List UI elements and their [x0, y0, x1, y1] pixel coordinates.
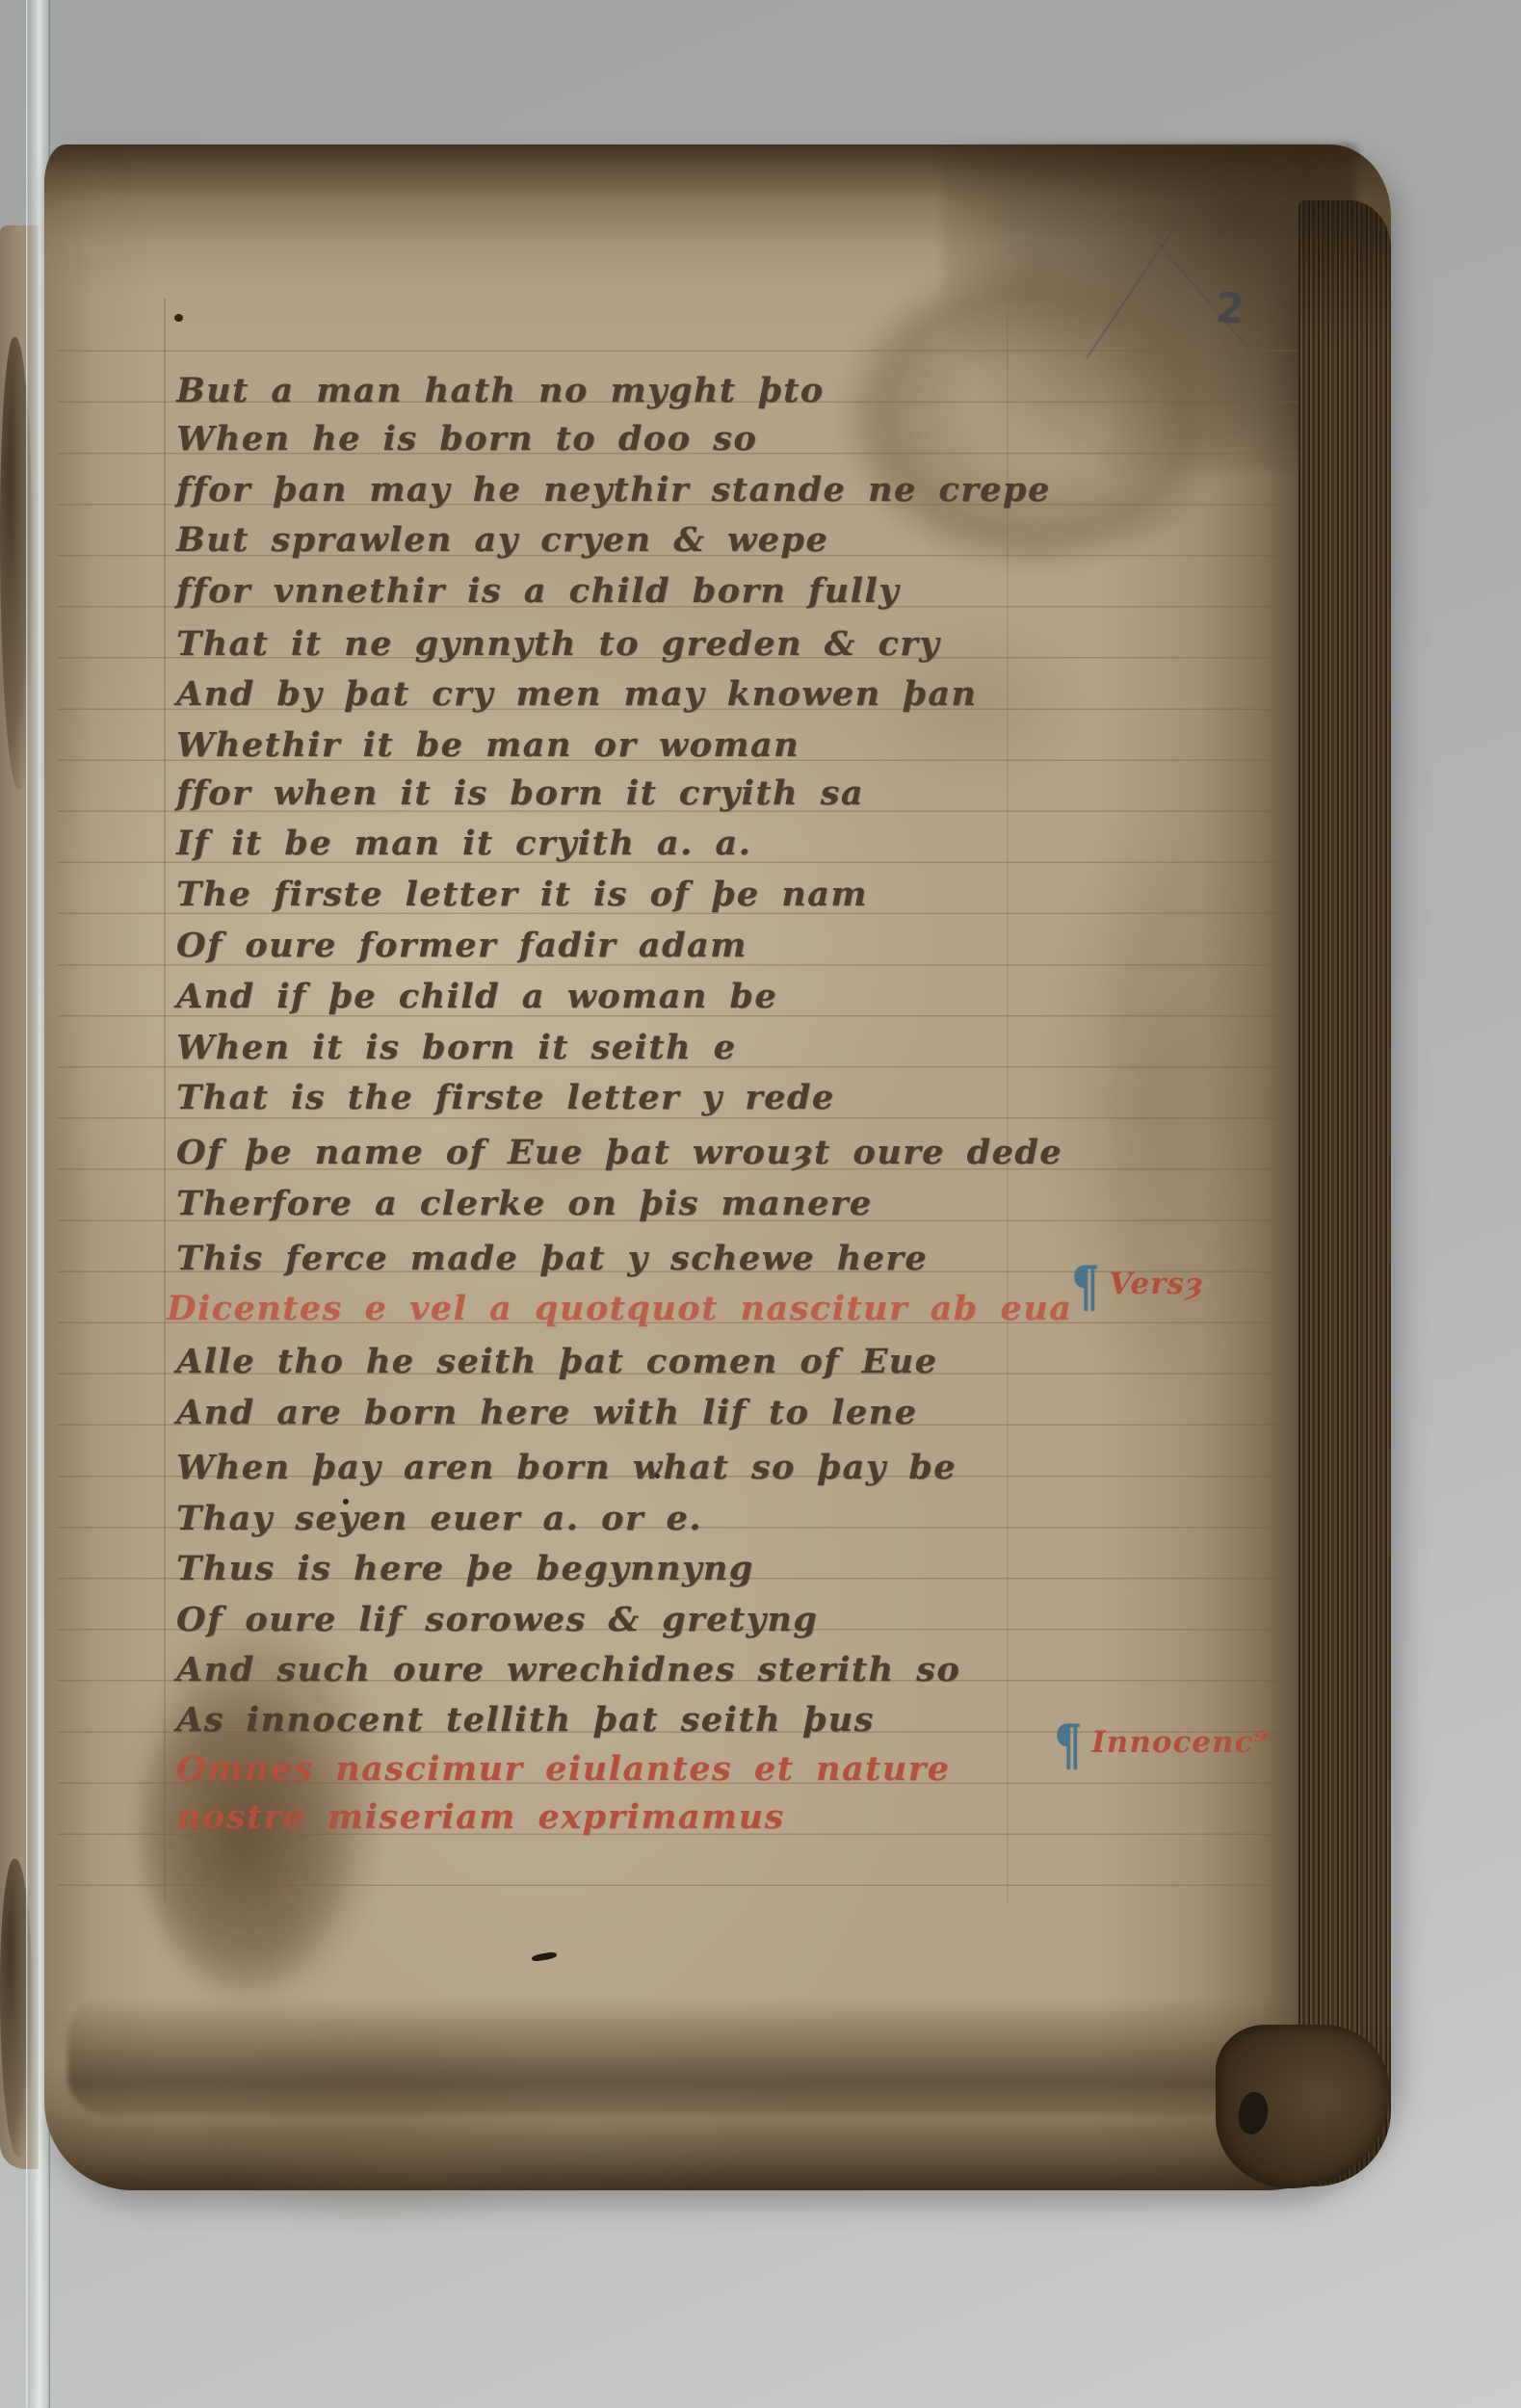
left-margin-ruling	[164, 299, 166, 1902]
stain-bottom	[179, 2003, 584, 2254]
text-line-12: Of oure former fadir adam	[176, 926, 747, 972]
margin-note-versus: ¶Versȝ	[1071, 1260, 1204, 1312]
text-line-23: Thay seyen euer a. or e.	[176, 1499, 702, 1545]
text-line-7: And by þat cry men may knowen þan	[176, 674, 977, 720]
text-line-3: ffor þan may he neythir stande ne crepe	[176, 470, 1051, 516]
text-line-29: nostre miseriam exprimamus	[176, 1797, 785, 1844]
text-line-21: And are born here with lif to lene	[176, 1393, 917, 1439]
text-line-20: Alle tho he seith þat comen of Eue	[176, 1342, 937, 1388]
text-line-9: ffor when it is born it cryith sa	[176, 773, 864, 820]
paraph-mark-icon: ¶	[1054, 1712, 1082, 1777]
text-line-22: When þay aren born what so þay be	[176, 1448, 957, 1494]
page-edges-stack	[1298, 200, 1391, 2186]
text-line-4: But sprawlen ay cryen & wepe	[176, 520, 828, 566]
text-line-2: When he is born to doo so	[176, 419, 757, 465]
paraph-mark-icon: ¶	[1071, 1253, 1099, 1319]
text-line-8: Whethir it be man or woman	[176, 725, 800, 772]
text-line-16: Of þe name of Eue þat wrouȝt oure dede	[176, 1133, 1062, 1179]
ink-speck	[343, 1499, 349, 1505]
text-line-14: When it is born it seith e	[176, 1028, 736, 1074]
margin-note-innocencius: ¶Innocenc⁹	[1054, 1718, 1268, 1770]
ink-speck	[174, 314, 183, 322]
margin-note-innocencius-label: Innocenc⁹	[1091, 1725, 1268, 1760]
text-line-1: But a man hath no myght þto	[176, 371, 825, 417]
manuscript-page: 2 But a man hath no myght þtoWhen he is …	[44, 144, 1391, 2190]
margin-note-versus-label: Versȝ	[1109, 1267, 1204, 1301]
photograph-scene: 2 But a man hath no myght þtoWhen he is …	[0, 0, 1521, 2408]
parchment-hole	[532, 1951, 558, 1962]
bottom-fold-band	[67, 2000, 1349, 2115]
text-line-17: Therfore a clerke on þis manere	[176, 1184, 873, 1230]
text-line-19: Dicentes e vel a quotquot nascitur ab eu…	[167, 1289, 1072, 1335]
text-line-26: And such oure wrechidnes sterith so	[176, 1650, 960, 1696]
text-line-27: As innocent tellith þat seith þus	[176, 1700, 875, 1746]
text-line-6: That it ne gynnyth to greden & cry	[176, 624, 940, 670]
text-line-25: Of oure lif sorowes & gretyng	[176, 1600, 818, 1646]
folio-number: 2	[1214, 284, 1246, 334]
text-line-11: The firste letter it is of þe nam	[176, 875, 868, 921]
text-line-10: If it be man it cryith a. a.	[176, 824, 751, 870]
ink-speck	[655, 1474, 660, 1479]
text-line-28: Omnes nascimur eiulantes et nature	[176, 1749, 951, 1795]
text-line-5: ffor vnnethir is a child born fully	[176, 571, 900, 617]
text-line-13: And if þe child a woman be	[176, 977, 777, 1023]
right-margin-ruling	[1007, 299, 1009, 1902]
text-line-15: That is the firste letter y rede	[176, 1078, 835, 1124]
text-line-24: Thus is here þe begynnyng	[176, 1549, 754, 1595]
text-line-18: This ferce made þat y schewe here	[176, 1239, 928, 1285]
